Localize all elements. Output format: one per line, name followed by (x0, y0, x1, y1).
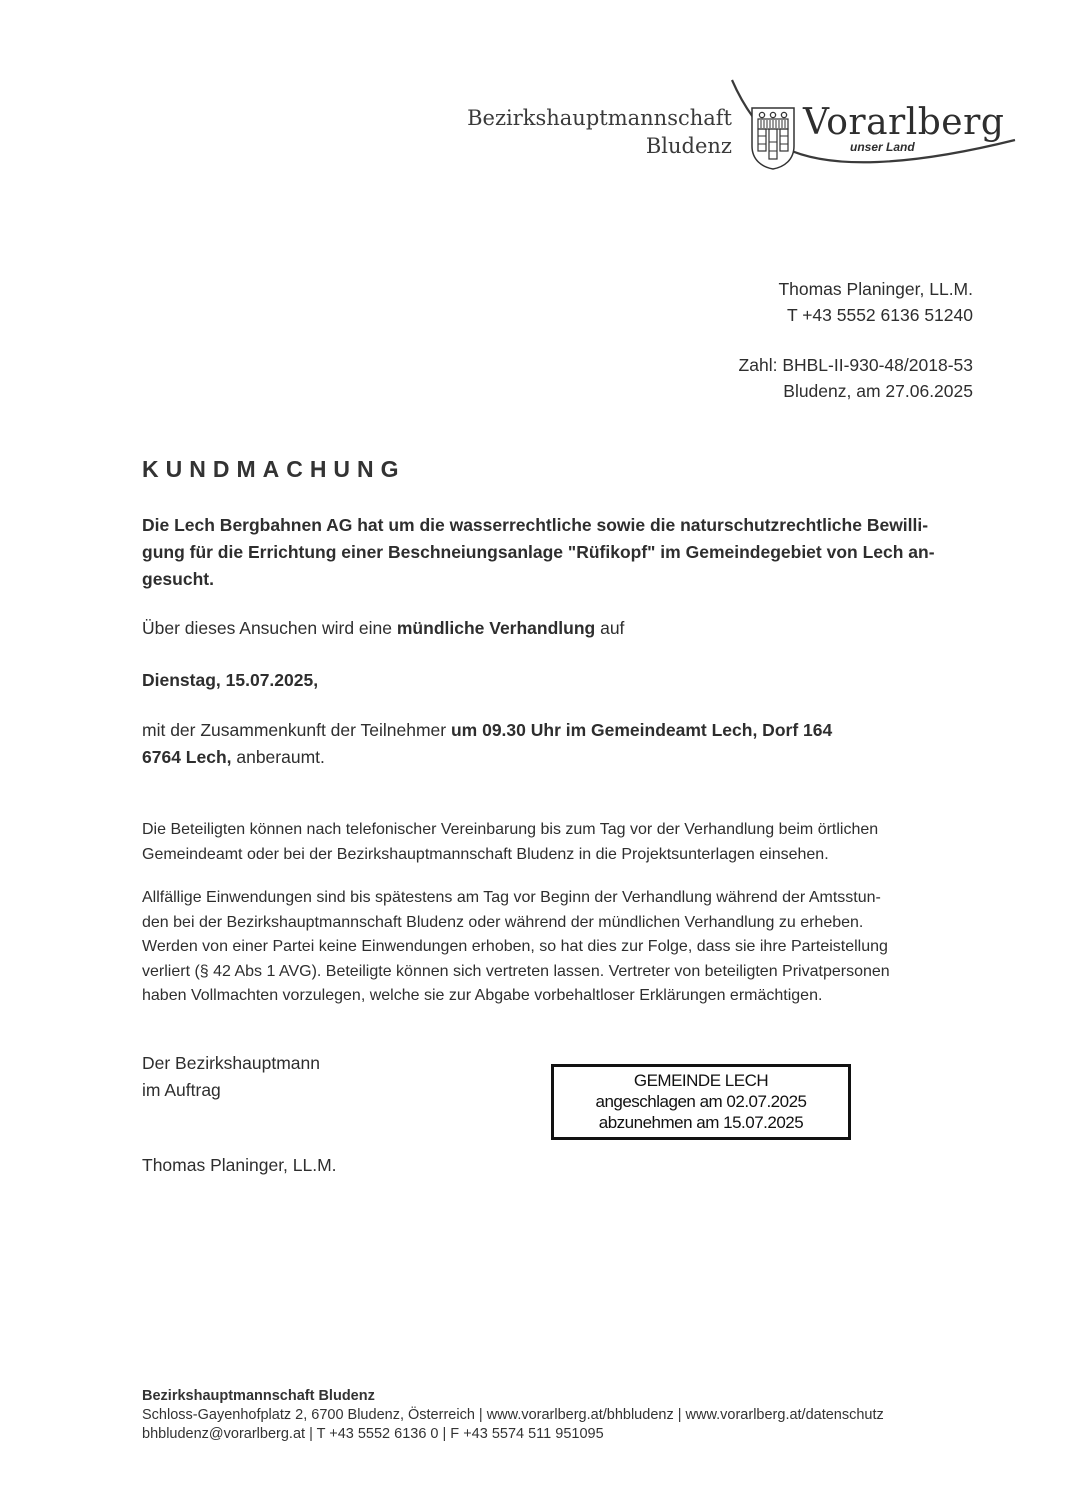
hearing-date: Dienstag, 15.07.2025, (142, 667, 982, 694)
meeting-post: anberaumt. (232, 747, 325, 767)
hearing-meeting: mit der Zusammenkunft der Teilnehmer um … (142, 717, 982, 771)
stamp-removal-date: abzunehmen am 15.07.2025 (554, 1112, 848, 1133)
sender-block: Thomas Planinger, LL.M. T +43 5552 6136 … (778, 276, 973, 328)
footer-org: Bezirkshauptmannschaft Bludenz (142, 1387, 884, 1406)
inspection-info: Die Beteiligten können nach telefonische… (142, 818, 982, 867)
posting-stamp: GEMEINDE LECH angeschlagen am 02.07.2025… (551, 1064, 851, 1140)
meeting-pre: mit der Zusammenkunft der Teilnehmer (142, 720, 451, 740)
info-line: Die Beteiligten können nach telefonische… (142, 818, 982, 843)
stamp-municipality: GEMEINDE LECH (554, 1070, 848, 1091)
objection-info: Allfällige Einwendungen sind bis spätest… (142, 886, 982, 1009)
footer-address: Schloss-Gayenhofplatz 2, 6700 Bludenz, Ö… (142, 1406, 884, 1425)
hearing-post: auf (595, 618, 624, 638)
hearing-pre: Über dieses Ansuchen wird eine (142, 618, 397, 638)
agency-name: Bezirkshauptmannschaft Bludenz (440, 104, 732, 160)
objection-line: den bei der Bezirkshauptmannschaft Blude… (142, 911, 982, 936)
signature-name: Thomas Planinger, LL.M. (142, 1152, 442, 1179)
agency-line-1: Bezirkshauptmannschaft (440, 104, 732, 132)
signature-on-behalf: im Auftrag (142, 1077, 442, 1104)
intro-line: gesucht. (142, 566, 982, 593)
document-title: KUNDMACHUNG (142, 456, 406, 483)
objection-line: Werden von einer Partei keine Einwendung… (142, 935, 982, 960)
stamp-posted-date: angeschlagen am 02.07.2025 (554, 1091, 848, 1112)
hearing-announcement: Über dieses Ansuchen wird eine mündliche… (142, 615, 982, 642)
sender-phone: T +43 5552 6136 51240 (778, 302, 973, 328)
coat-of-arms-icon (750, 106, 796, 170)
signature-role: Der Bezirkshauptmann (142, 1050, 442, 1077)
hearing-type: mündliche Verhandlung (397, 618, 595, 638)
brand-name: Vorarlberg (803, 103, 1004, 143)
agency-line-2: Bludenz (440, 132, 732, 160)
brand-tagline: unser Land (850, 140, 915, 154)
info-line: Gemeindeamt oder bei der Bezirkshauptman… (142, 843, 982, 868)
signature-block: Der Bezirkshauptmann im Auftrag (142, 1050, 442, 1104)
meeting-postal: 6764 Lech, (142, 747, 232, 767)
footer: Bezirkshauptmannschaft Bludenz Schloss-G… (142, 1387, 884, 1444)
intro-line: gung für die Errichtung einer Beschneiun… (142, 539, 982, 566)
objection-line: Allfällige Einwendungen sind bis spätest… (142, 886, 982, 911)
objection-line: haben Vollmachten vorzulegen, welche sie… (142, 984, 982, 1009)
intro-paragraph: Die Lech Bergbahnen AG hat um die wasser… (142, 512, 982, 593)
objection-line: verliert (§ 42 Abs 1 AVG). Beteiligte kö… (142, 960, 982, 985)
reference-block: Zahl: BHBL-II-930-48/2018-53 Bludenz, am… (739, 352, 973, 404)
reference-number: Zahl: BHBL-II-930-48/2018-53 (739, 352, 973, 378)
meeting-time-location: um 09.30 Uhr im Gemeindeamt Lech, Dorf 1… (451, 720, 832, 740)
sender-name: Thomas Planinger, LL.M. (778, 276, 973, 302)
footer-contact: bhbludenz@vorarlberg.at | T +43 5552 613… (142, 1425, 884, 1444)
place-date: Bludenz, am 27.06.2025 (739, 378, 973, 404)
intro-line: Die Lech Bergbahnen AG hat um die wasser… (142, 512, 982, 539)
